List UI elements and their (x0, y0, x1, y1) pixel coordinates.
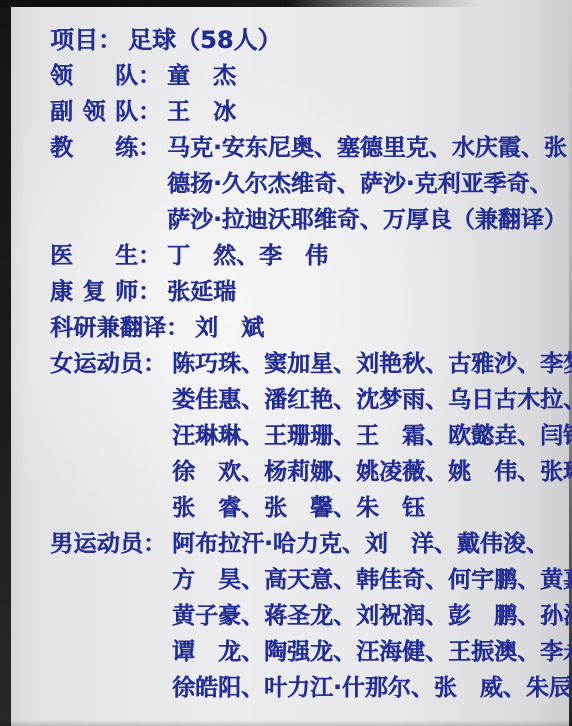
roster-line: 黄子豪、蒋圣龙、刘祝润、彭 鹏、孙沁涵、 (172, 598, 558, 634)
row-colon: ： (138, 130, 161, 166)
row-label-coaches: 教练 (50, 130, 138, 166)
title-colon: ： (98, 22, 122, 58)
top-border-strip (0, 0, 572, 7)
roster-row-rehab-therapist: 康复师 ： 张延瑞 (50, 274, 558, 310)
row-colon: ： (138, 238, 161, 274)
row-colon: ： (143, 526, 166, 562)
roster-line: 萨沙·拉迪沃耶维奇、万厚良（兼翻译） (167, 202, 558, 238)
roster-row-deputy-leader: 副领队 ： 王 冰 (50, 94, 558, 130)
roster-content: 项目 ： 足球（58人） 领队 ： 童 杰 副领队 ： 王 冰 教练 ： 马克·… (50, 22, 558, 706)
bottom-shadow (0, 720, 572, 726)
roster-line: 张延瑞 (167, 274, 558, 310)
roster-row-doctors: 医生 ： 丁 然、李 伟 (50, 238, 558, 274)
row-label-team-leader: 领队 (50, 58, 138, 94)
row-label-doctors: 医生 (50, 238, 138, 274)
roster-line: 徐皓阳、叶力江·什那尔、张 威、朱辰杰 (172, 670, 558, 706)
roster-line: 张 睿、张 馨、朱 钰 (172, 490, 558, 526)
roster-line: 王 冰 (167, 94, 558, 130)
roster-line: 马克·安东尼奥、塞德里克、水庆霞、张 峻、 (167, 130, 558, 166)
row-label-rehab-therapist: 康复师 (50, 274, 138, 310)
roster-line: 陈巧珠、窦加星、刘艳秋、古雅沙、李梦雯、 (172, 346, 558, 382)
row-label-male-athletes: 男运动员 (50, 526, 143, 562)
title-value: 足球（58人） (128, 22, 558, 58)
roster-row-research-translator: 科研兼翻译 ： 刘 斌 (50, 310, 558, 346)
roster-line: 徐 欢、杨莉娜、姚凌薇、姚 伟、张琳艳、 (172, 454, 558, 490)
row-colon: ： (138, 94, 161, 130)
row-colon: ： (138, 58, 161, 94)
row-label-research-translator: 科研兼翻译 (50, 310, 166, 346)
roster-line: 汪琳琳、王珊珊、王 霜、欧懿垚、闫锦锦、 (172, 418, 558, 454)
roster-line: 德扬·久尔杰维奇、萨沙·克利亚季奇、 (167, 166, 558, 202)
row-colon: ： (138, 274, 161, 310)
roster-row-female-athletes: 女运动员 ： 陈巧珠、窦加星、刘艳秋、古雅沙、李梦雯、 娄佳惠、潘红艳、沈梦雨、… (50, 346, 558, 526)
title-label: 项目 (50, 22, 98, 58)
page-title-row: 项目 ： 足球（58人） (50, 22, 558, 58)
roster-line: 丁 然、李 伟 (167, 238, 558, 274)
roster-line: 娄佳惠、潘红艳、沈梦雨、乌日古木拉、 (172, 382, 558, 418)
row-label-female-athletes: 女运动员 (50, 346, 143, 382)
row-colon: ： (166, 310, 189, 346)
roster-line: 童 杰 (167, 58, 558, 94)
roster-row-coaches: 教练 ： 马克·安东尼奥、塞德里克、水庆霞、张 峻、 德扬·久尔杰维奇、萨沙·克… (50, 130, 558, 238)
roster-line: 谭 龙、陶强龙、汪海健、王振澳、李永佳、 (172, 634, 558, 670)
roster-line: 方 昊、高天意、韩佳奇、何宇鹏、黄嘉辉、 (172, 562, 558, 598)
roster-line: 阿布拉汗·哈力克、刘 洋、戴伟浚、 (172, 526, 558, 562)
row-colon: ： (143, 346, 166, 382)
left-border-strip (0, 0, 11, 726)
roster-line: 刘 斌 (195, 310, 558, 346)
roster-row-male-athletes: 男运动员 ： 阿布拉汗·哈力克、刘 洋、戴伟浚、 方 昊、高天意、韩佳奇、何宇鹏… (50, 526, 558, 706)
roster-row-team-leader: 领队 ： 童 杰 (50, 58, 558, 94)
row-label-deputy-leader: 副领队 (50, 94, 138, 130)
roster-page: 项目 ： 足球（58人） 领队 ： 童 杰 副领队 ： 王 冰 教练 ： 马克·… (0, 0, 572, 726)
